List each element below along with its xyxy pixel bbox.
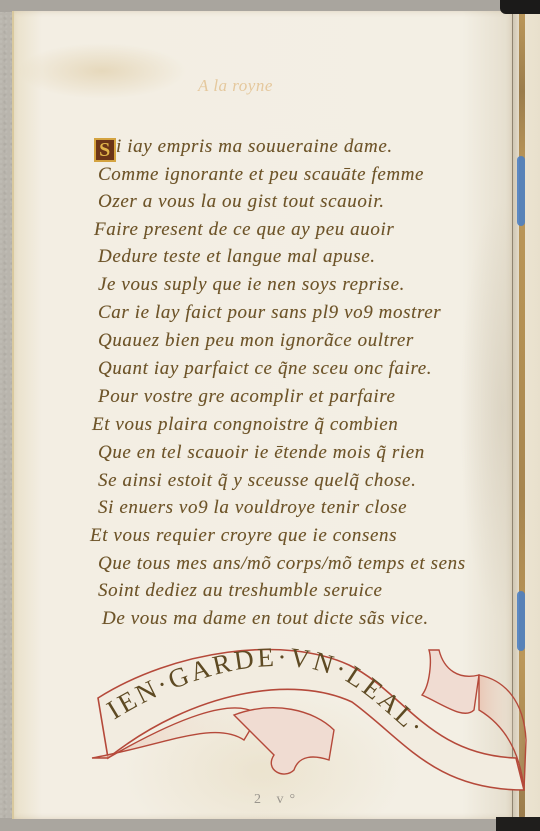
verse-text: i iay empris ma souueraine dame. [116,136,393,157]
verse-line-3: Ozer a vous la ou gist tout scauoir. [98,191,385,213]
book-cover-corner [500,0,540,14]
decorated-border-blue-flourish [517,156,525,226]
verse-line-15: Et vous requier croyre que ie consens [90,525,397,547]
verse-line-16: Que tous mes ans/mõ corps/mõ temps et se… [98,553,466,575]
banner-curl-center [234,708,334,774]
verse-line-12: Que en tel scauoir ie ētende mois q̃ rie… [98,442,425,464]
verse-line-8: Quauez bien peu mon ignorãce oultrer [98,330,414,352]
verse-line-6: Je vous suply que ie nen soys reprise. [98,274,405,296]
scan-backdrop-bottom [0,818,540,831]
verse-line-17: Soint dediez au treshumble seruice [98,580,383,602]
illuminated-initial: S [94,138,116,162]
running-title: A la royne [198,76,273,96]
verse-line-14: Si enuers vo9 la vouldroye tenir close [98,497,407,519]
verse-line-4: Faire present de ce que ay peu auoir [94,219,394,241]
verse-line-9: Quant iay parfaict ce q̃ne sceu onc fair… [98,358,432,380]
verse-line-13: Se ainsi estoit q̃ y sceusse quelq̃ chos… [98,470,416,492]
verse-line-2: Comme ignorante et peu scauāte femme [98,164,424,186]
motto-banner: IEN·GARDE·VN·LEAL· [84,640,530,810]
banner-curl-right-top [422,650,479,713]
verse-line-5: Dedure teste et langue mal apuse. [98,246,376,268]
verse-line-10: Pour vostre gre acomplir et parfaire [98,386,396,408]
verse-line-18: De vous ma dame en tout dicte sãs vice. [102,608,429,630]
verse-line-7: Car ie lay faict pour sans pl9 vo9 mostr… [98,302,441,324]
page-edge [12,11,14,819]
folio-number: 2 v° [254,792,301,808]
verse-line-11: Et vous plaira congnoistre q̃ combien [92,414,398,436]
verse-line-1: S i iay empris ma souueraine dame. [116,136,393,158]
book-cover-corner-bottom [496,817,540,831]
